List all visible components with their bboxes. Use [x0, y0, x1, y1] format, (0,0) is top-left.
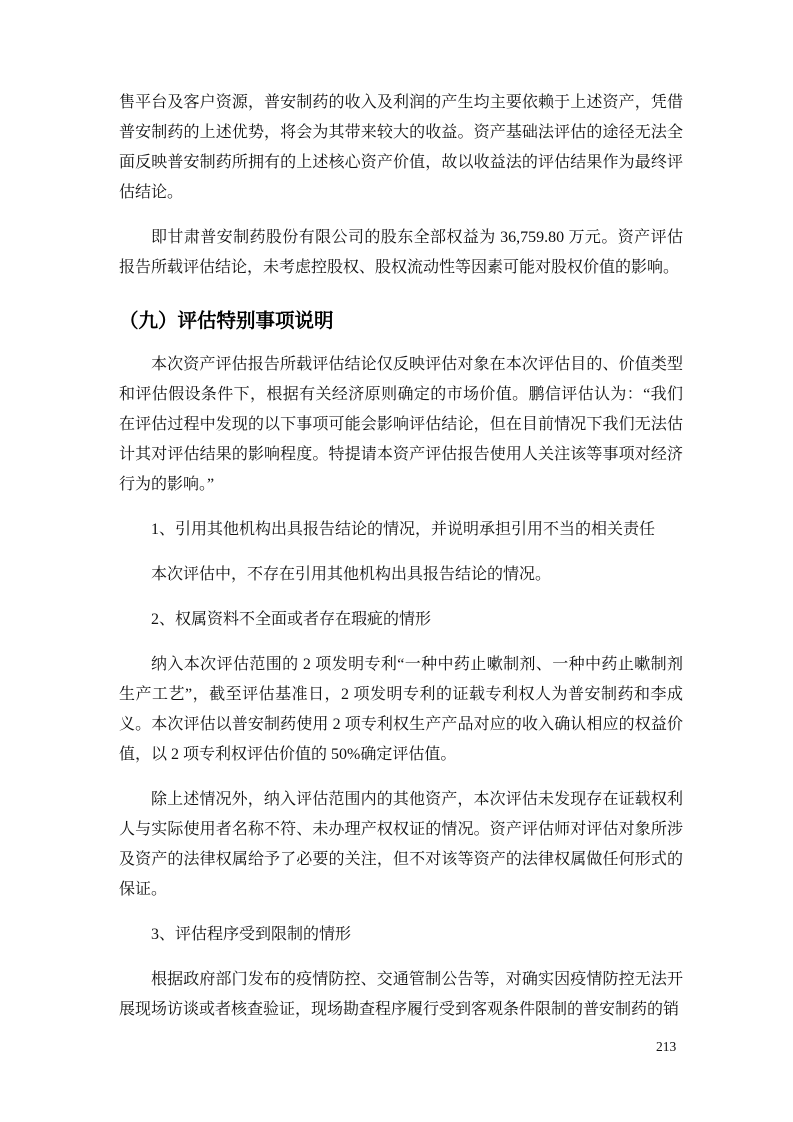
paragraph-special-notes-intro: 本次资产评估报告所载评估结论仅反映评估对象在本次评估目的、价值类型和评估假设条件…: [119, 350, 683, 500]
paragraph-equity-value: 即甘肃普安制药股份有限公司的股东全部权益为 36,759.80 万元。资产评估报…: [119, 223, 683, 283]
section-heading: （九）评估特别事项说明: [119, 306, 683, 336]
list-item-3-title: 3、评估程序受到限制的情形: [119, 920, 683, 950]
list-item-1-title: 1、引用其他机构出具报告结论的情况，并说明承担引用不当的相关责任: [119, 515, 683, 545]
list-item-2-body-other-assets: 除上述情况外，纳入评估范围内的其他资产，本次评估未发现存在证载权利人与实际使用者…: [119, 785, 683, 905]
list-item-3-body: 根据政府部门发布的疫情防控、交通管制公告等，对确实因疫情防控无法开展现场访谈或者…: [119, 965, 683, 1025]
document-page: 售平台及客户资源，普安制药的收入及利润的产生均主要依赖于上述资产，凭借普安制药的…: [0, 0, 793, 1122]
list-item-1-body: 本次评估中，不存在引用其他机构出具报告结论的情况。: [119, 560, 683, 590]
paragraph-conclusion-continuation: 售平台及客户资源，普安制药的收入及利润的产生均主要依赖于上述资产，凭借普安制药的…: [119, 88, 683, 208]
list-item-2-title: 2、权属资料不全面或者存在瑕疵的情形: [119, 605, 683, 635]
document-content: 售平台及客户资源，普安制药的收入及利润的产生均主要依赖于上述资产，凭借普安制药的…: [119, 88, 683, 1040]
page-number: 213: [656, 1038, 676, 1056]
list-item-2-body-patents: 纳入本次评估范围的 2 项发明专利“一种中药止嗽制剂、一种中药止嗽制剂生产工艺”…: [119, 650, 683, 770]
